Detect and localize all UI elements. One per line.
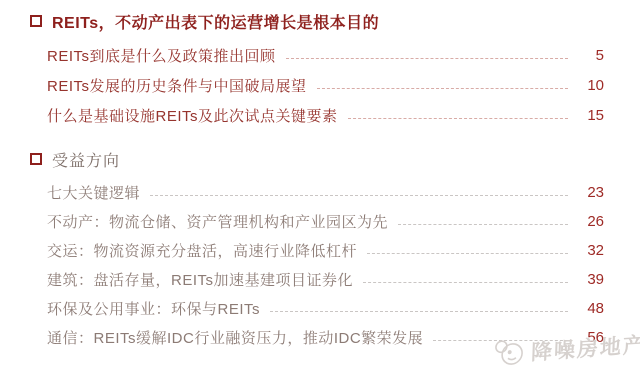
section-title: 受益方向 (52, 148, 120, 171)
toc-entry: 环保及公用事业：环保与REITs 48 (47, 294, 604, 323)
dotted-leader (363, 282, 568, 283)
section-bullet-icon (30, 15, 42, 27)
dotted-leader (348, 118, 568, 119)
page-number: 26 (578, 213, 604, 230)
page-number: 15 (578, 107, 604, 124)
toc-section-reits: REITs，不动产出表下的运营增长是根本目的 REITs到底是什么及政策推出回顾… (30, 10, 604, 130)
section-header: REITs，不动产出表下的运营增长是根本目的 (30, 10, 604, 32)
toc-entry-label: 七大关键逻辑 (47, 182, 140, 203)
page-number: 23 (578, 184, 604, 201)
page-number: 10 (578, 77, 604, 94)
toc-entry: REITs发展的历史条件与中国破局展望 10 (47, 70, 604, 100)
toc-entry-label: 建筑：盘活存量，REITs加速基建项目证券化 (47, 269, 353, 290)
toc-entry-label: 环保及公用事业：环保与REITs (47, 298, 260, 319)
table-of-contents: REITs，不动产出表下的运营增长是根本目的 REITs到底是什么及政策推出回顾… (0, 0, 640, 352)
toc-entry-label: 不动产：物流仓储、资产管理机构和产业园区为先 (47, 211, 388, 232)
dotted-leader (398, 224, 568, 225)
toc-entry: REITs到底是什么及政策推出回顾 5 (47, 40, 604, 70)
dotted-leader (150, 195, 568, 196)
dotted-leader (367, 253, 568, 254)
dotted-leader (317, 88, 568, 89)
section-bullet-icon (30, 153, 42, 165)
dotted-leader (433, 340, 568, 341)
toc-entry: 建筑：盘活存量，REITs加速基建项目证券化 39 (47, 265, 604, 294)
toc-entry: 七大关键逻辑 23 (47, 178, 604, 207)
dotted-leader (286, 58, 568, 59)
toc-entry: 什么是基础设施REITs及此次试点关键要素 15 (47, 100, 604, 130)
toc-section-beneficiaries: 受益方向 七大关键逻辑 23 不动产：物流仓储、资产管理机构和产业园区为先 26… (30, 148, 604, 352)
toc-entry-label: 通信：REITs缓解IDC行业融资压力，推动IDC繁荣发展 (47, 327, 423, 348)
toc-entry-label: REITs发展的历史条件与中国破局展望 (47, 75, 307, 96)
toc-entry: 交运：物流资源充分盘活，高速行业降低杠杆 32 (47, 236, 604, 265)
toc-entry: 不动产：物流仓储、资产管理机构和产业园区为先 26 (47, 207, 604, 236)
page-number: 5 (578, 47, 604, 64)
toc-entry: 通信：REITs缓解IDC行业融资压力，推动IDC繁荣发展 56 (47, 323, 604, 352)
toc-entry-label: 交运：物流资源充分盘活，高速行业降低杠杆 (47, 240, 357, 261)
section-title: REITs，不动产出表下的运营增长是根本目的 (52, 10, 379, 33)
dotted-leader (270, 311, 568, 312)
page-number: 39 (578, 271, 604, 288)
section-entries: 七大关键逻辑 23 不动产：物流仓储、资产管理机构和产业园区为先 26 交运：物… (47, 178, 604, 352)
toc-entry-label: 什么是基础设施REITs及此次试点关键要素 (47, 105, 338, 126)
page-number: 32 (578, 242, 604, 259)
section-header: 受益方向 (30, 148, 604, 170)
section-entries: REITs到底是什么及政策推出回顾 5 REITs发展的历史条件与中国破局展望 … (47, 40, 604, 130)
page-number: 56 (578, 329, 604, 346)
page-number: 48 (578, 300, 604, 317)
toc-entry-label: REITs到底是什么及政策推出回顾 (47, 45, 276, 66)
